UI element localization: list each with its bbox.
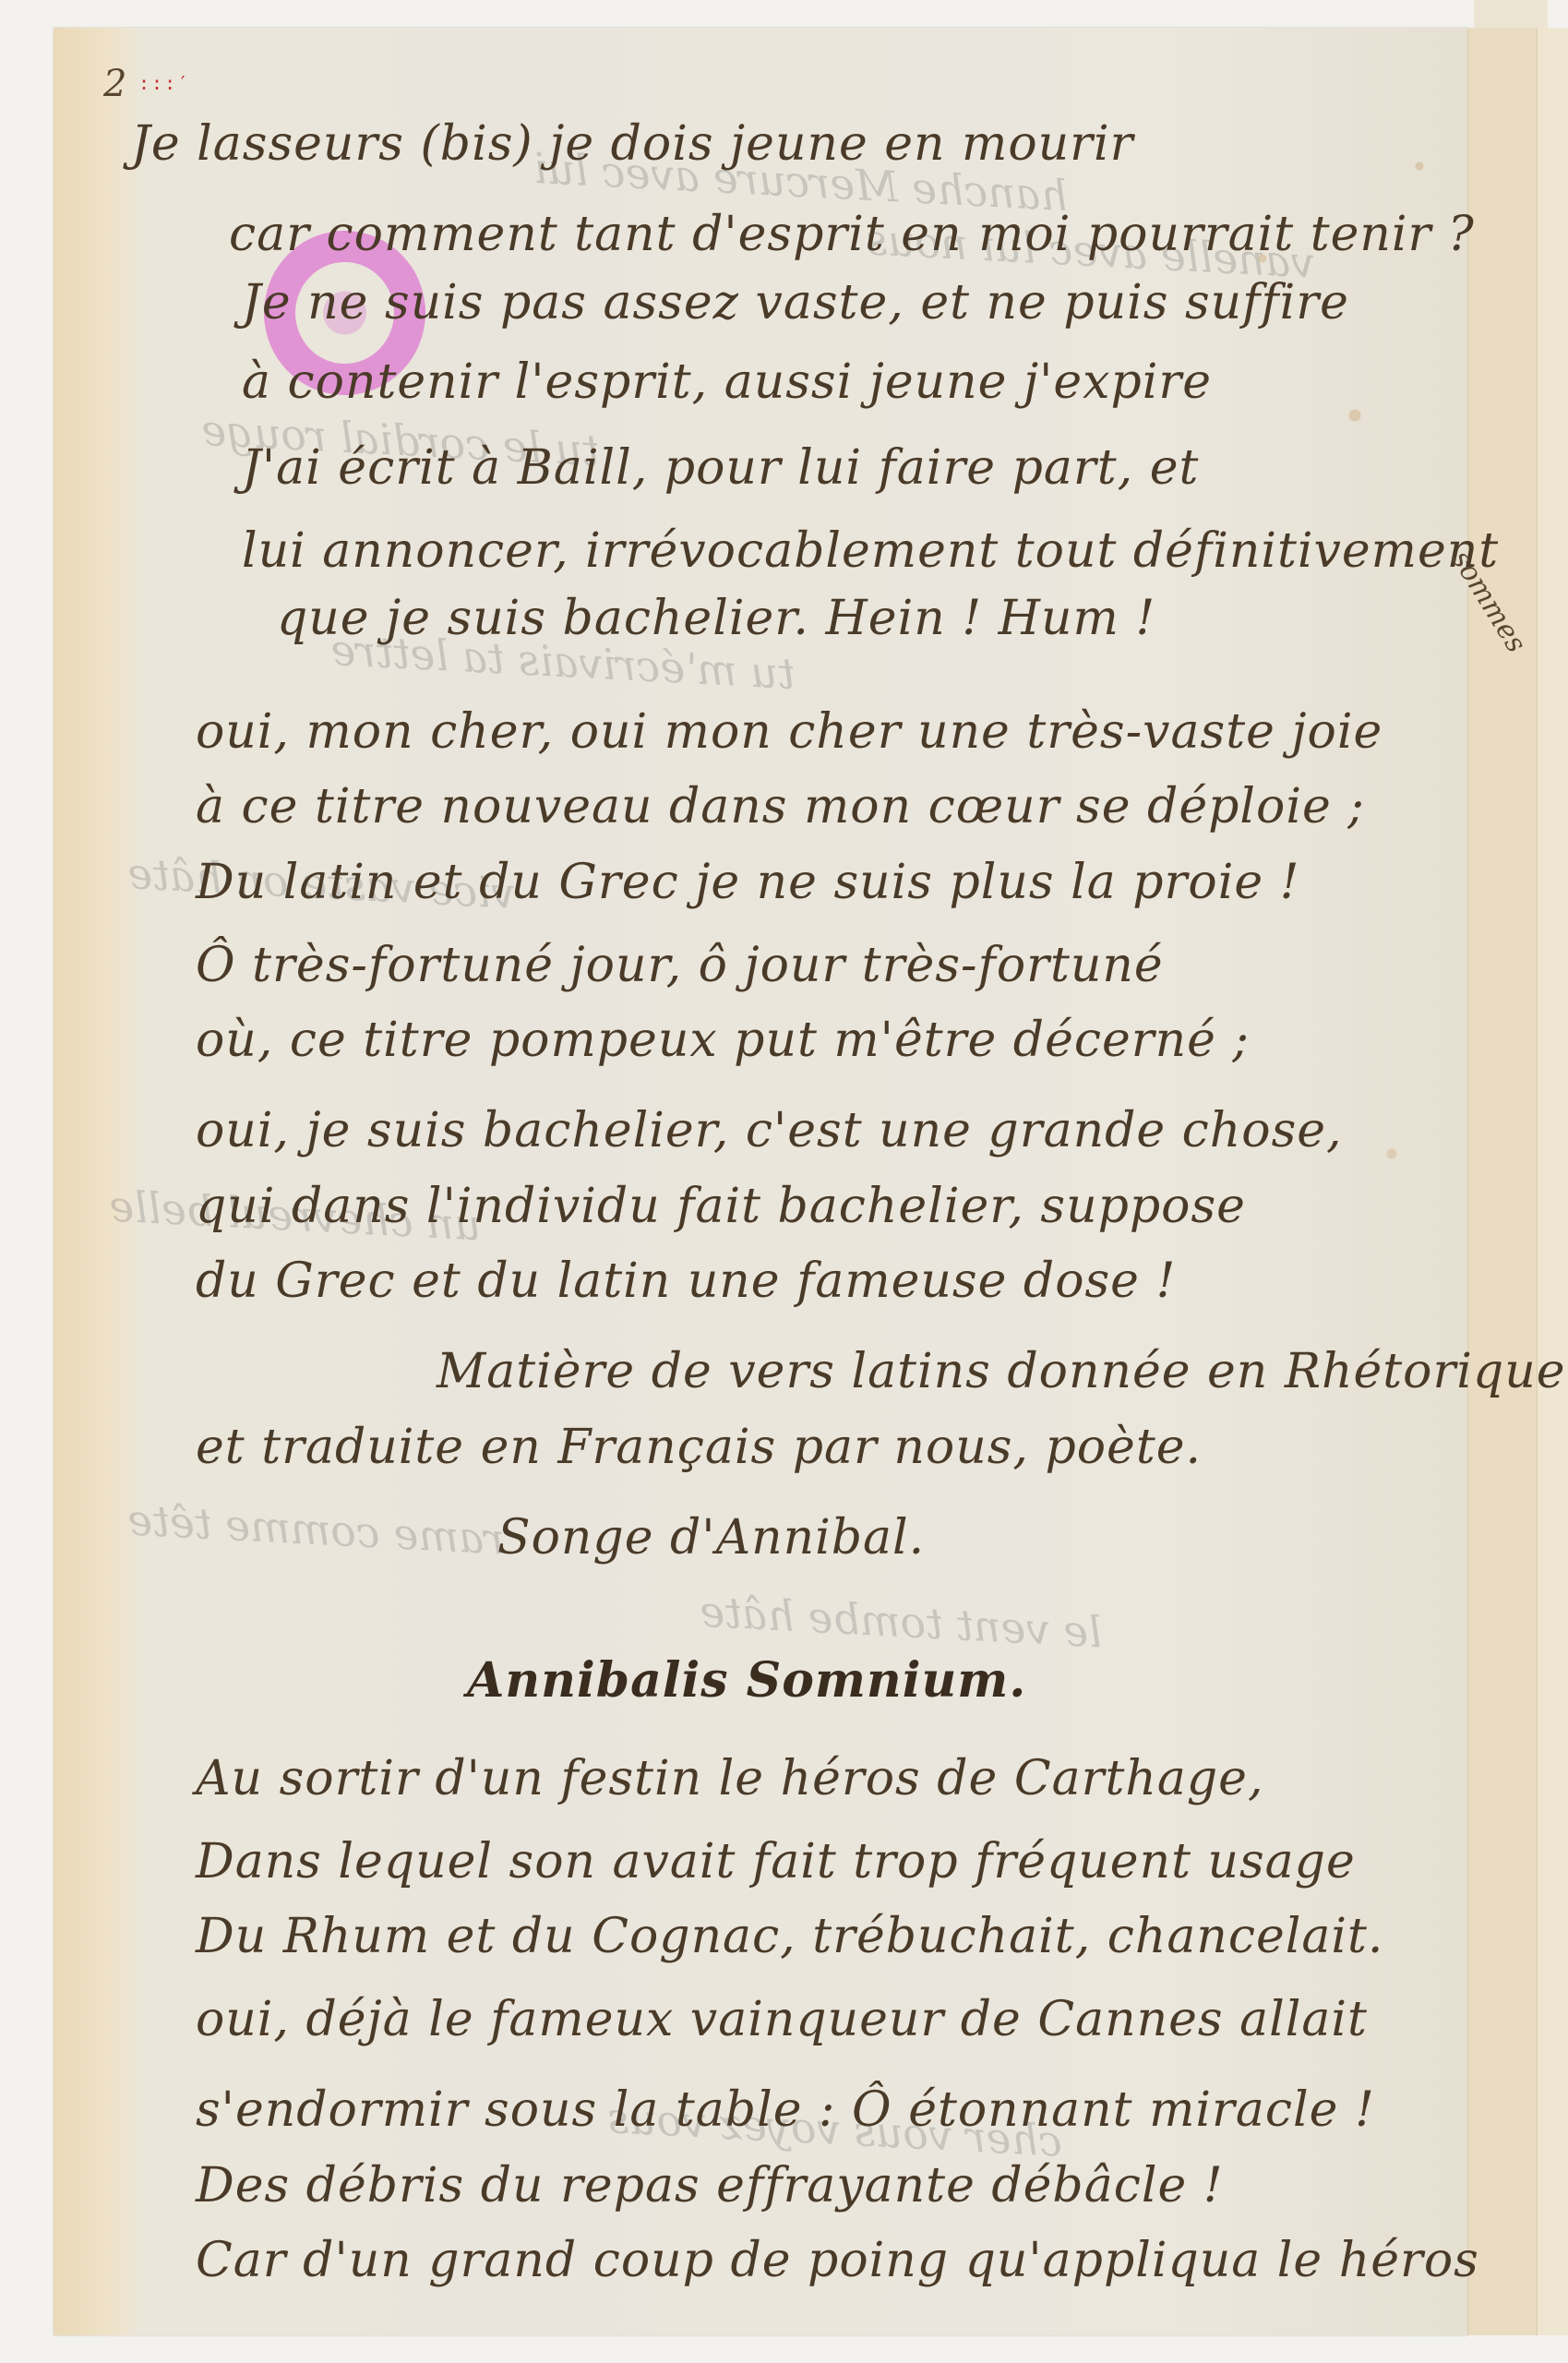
manuscript-line: que je suis bachelier. Hein ! Hum ! (277, 594, 1155, 642)
manuscript-line: lui annoncer, irrévocablement tout défin… (242, 527, 1499, 575)
manuscript-line: à contenir l'esprit, aussi jeune j'expir… (242, 358, 1212, 406)
manuscript-line: du Grec et du latin une fameuse dose ! (196, 1257, 1176, 1305)
manuscript-line: Je lasseurs (bis) je dois jeune en mouri… (131, 120, 1133, 168)
manuscript-line: J'ai écrit à Baill, pour lui faire part,… (242, 444, 1199, 492)
manuscript-line: oui, déjà le fameux vainqueur de Cannes … (196, 1996, 1368, 2044)
manuscript-line: oui, mon cher, oui mon cher une très-vas… (196, 708, 1382, 756)
show-through-text: rame comme tête (126, 1494, 506, 1564)
manuscript-line: Dans lequel son avait fait trop fréquent… (196, 1838, 1356, 1886)
manuscript-line: Matière de vers latins donnée en Rhétori… (437, 1348, 1566, 1396)
manuscript-line: où, ce titre pompeux put m'être décerné … (196, 1016, 1250, 1064)
manuscript-line: car comment tant d'esprit en moi pourrai… (229, 210, 1475, 258)
manuscript-line: Du latin et du Grec je ne suis plus la p… (196, 858, 1300, 906)
folio-red-mark: :::′ (138, 72, 190, 94)
latin-title: Annibalis Somnium. (467, 1657, 1026, 1705)
binding-strip (1537, 28, 1568, 2335)
manuscript-line: Car d'un grand coup de poing qu'appliqua… (196, 2237, 1479, 2285)
manuscript-line: s'endormir sous la table : Ô étonnant mi… (196, 2086, 1375, 2134)
show-through-text: le vent tombe hâte (699, 1587, 1104, 1658)
manuscript-line: Je ne suis pas assez vaste, et ne puis s… (242, 279, 1349, 327)
manuscript-line: Au sortir d'un festin le héros de Cartha… (196, 1755, 1263, 1803)
manuscript-line: Ô très-fortuné jour, ô jour très-fortuné (196, 942, 1164, 990)
underlying-sheet-tab (1474, 0, 1548, 28)
manuscript-line: qui dans l'individu fait bachelier, supp… (196, 1182, 1246, 1230)
manuscript-line: à ce titre nouveau dans mon cœur se dépl… (196, 783, 1365, 831)
manuscript-line: et traduite en Français par nous, poète. (196, 1423, 1202, 1471)
section-title: Songe d'Annibal. (497, 1514, 925, 1562)
folio-number: 2 (103, 63, 126, 105)
manuscript-line: Des débris du repas effrayante débâcle ! (196, 2162, 1224, 2210)
manuscript-line: Du Rhum et du Cognac, trébuchait, chance… (196, 1913, 1383, 1961)
manuscript-line: oui, je suis bachelier, c'est une grande… (196, 1107, 1343, 1155)
